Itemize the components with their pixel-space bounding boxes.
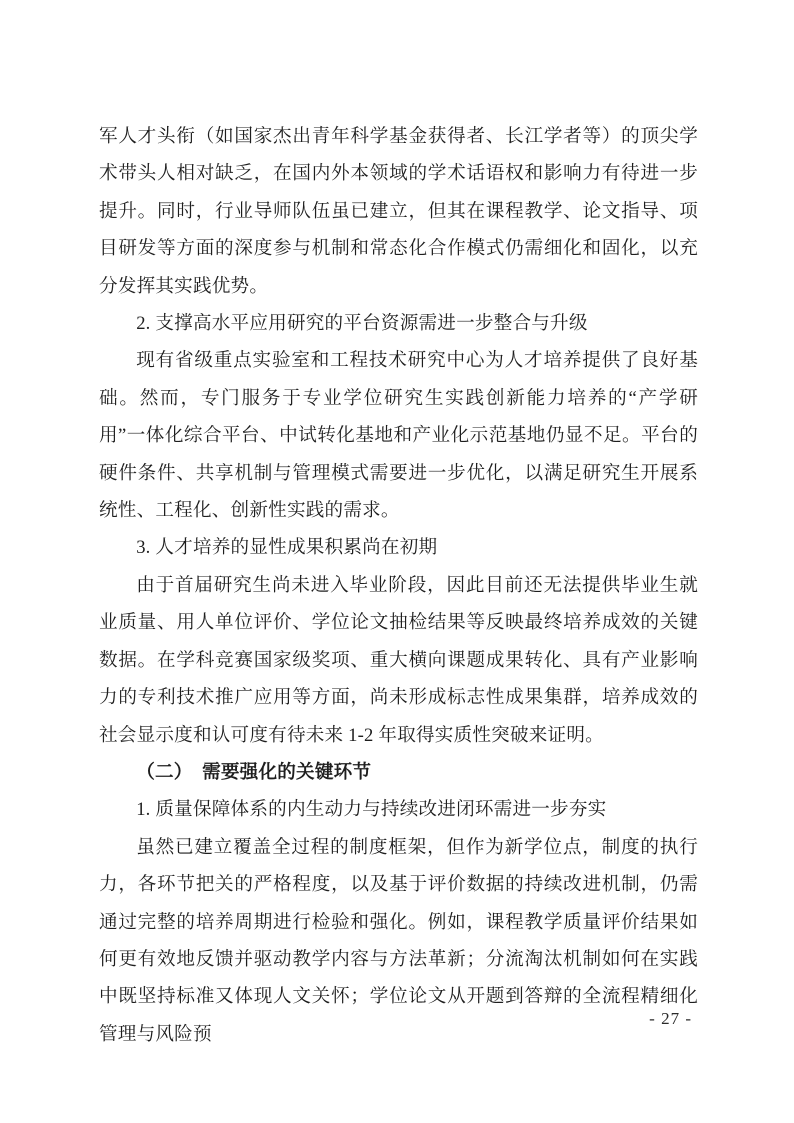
paragraph-body-continuation: 军人才头衔（如国家杰出青年科学基金获得者、长江学者等）的顶尖学术带头人相对缺乏，… bbox=[99, 118, 698, 305]
document-page: 军人才头衔（如国家杰出青年科学基金获得者、长江学者等）的顶尖学术带头人相对缺乏，… bbox=[0, 0, 794, 1123]
paragraph-body: 虽然已建立覆盖全过程的制度框架，但作为新学位点，制度的执行力，各环节把关的严格程… bbox=[99, 829, 698, 1053]
paragraph-numbered-heading: 2. 支撑高水平应用研究的平台资源需进一步整合与升级 bbox=[99, 305, 698, 342]
paragraph-body: 现有省级重点实验室和工程技术研究中心为人才培养提供了良好基础。然而，专门服务于专… bbox=[99, 342, 698, 529]
paragraph-section-heading-bold: （二） 需要强化的关键环节 bbox=[99, 754, 698, 791]
paragraph-body: 由于首届研究生尚未进入毕业阶段，因此目前还无法提供毕业生就业质量、用人单位评价、… bbox=[99, 567, 698, 754]
page-number: - 27 - bbox=[649, 1007, 692, 1031]
paragraph-numbered-heading: 3. 人才培养的显性成果积累尚在初期 bbox=[99, 529, 698, 566]
document-body: 军人才头衔（如国家杰出青年科学基金获得者、长江学者等）的顶尖学术带头人相对缺乏，… bbox=[99, 118, 698, 1053]
paragraph-numbered-heading: 1. 质量保障体系的内生动力与持续改进闭环需进一步夯实 bbox=[99, 791, 698, 828]
